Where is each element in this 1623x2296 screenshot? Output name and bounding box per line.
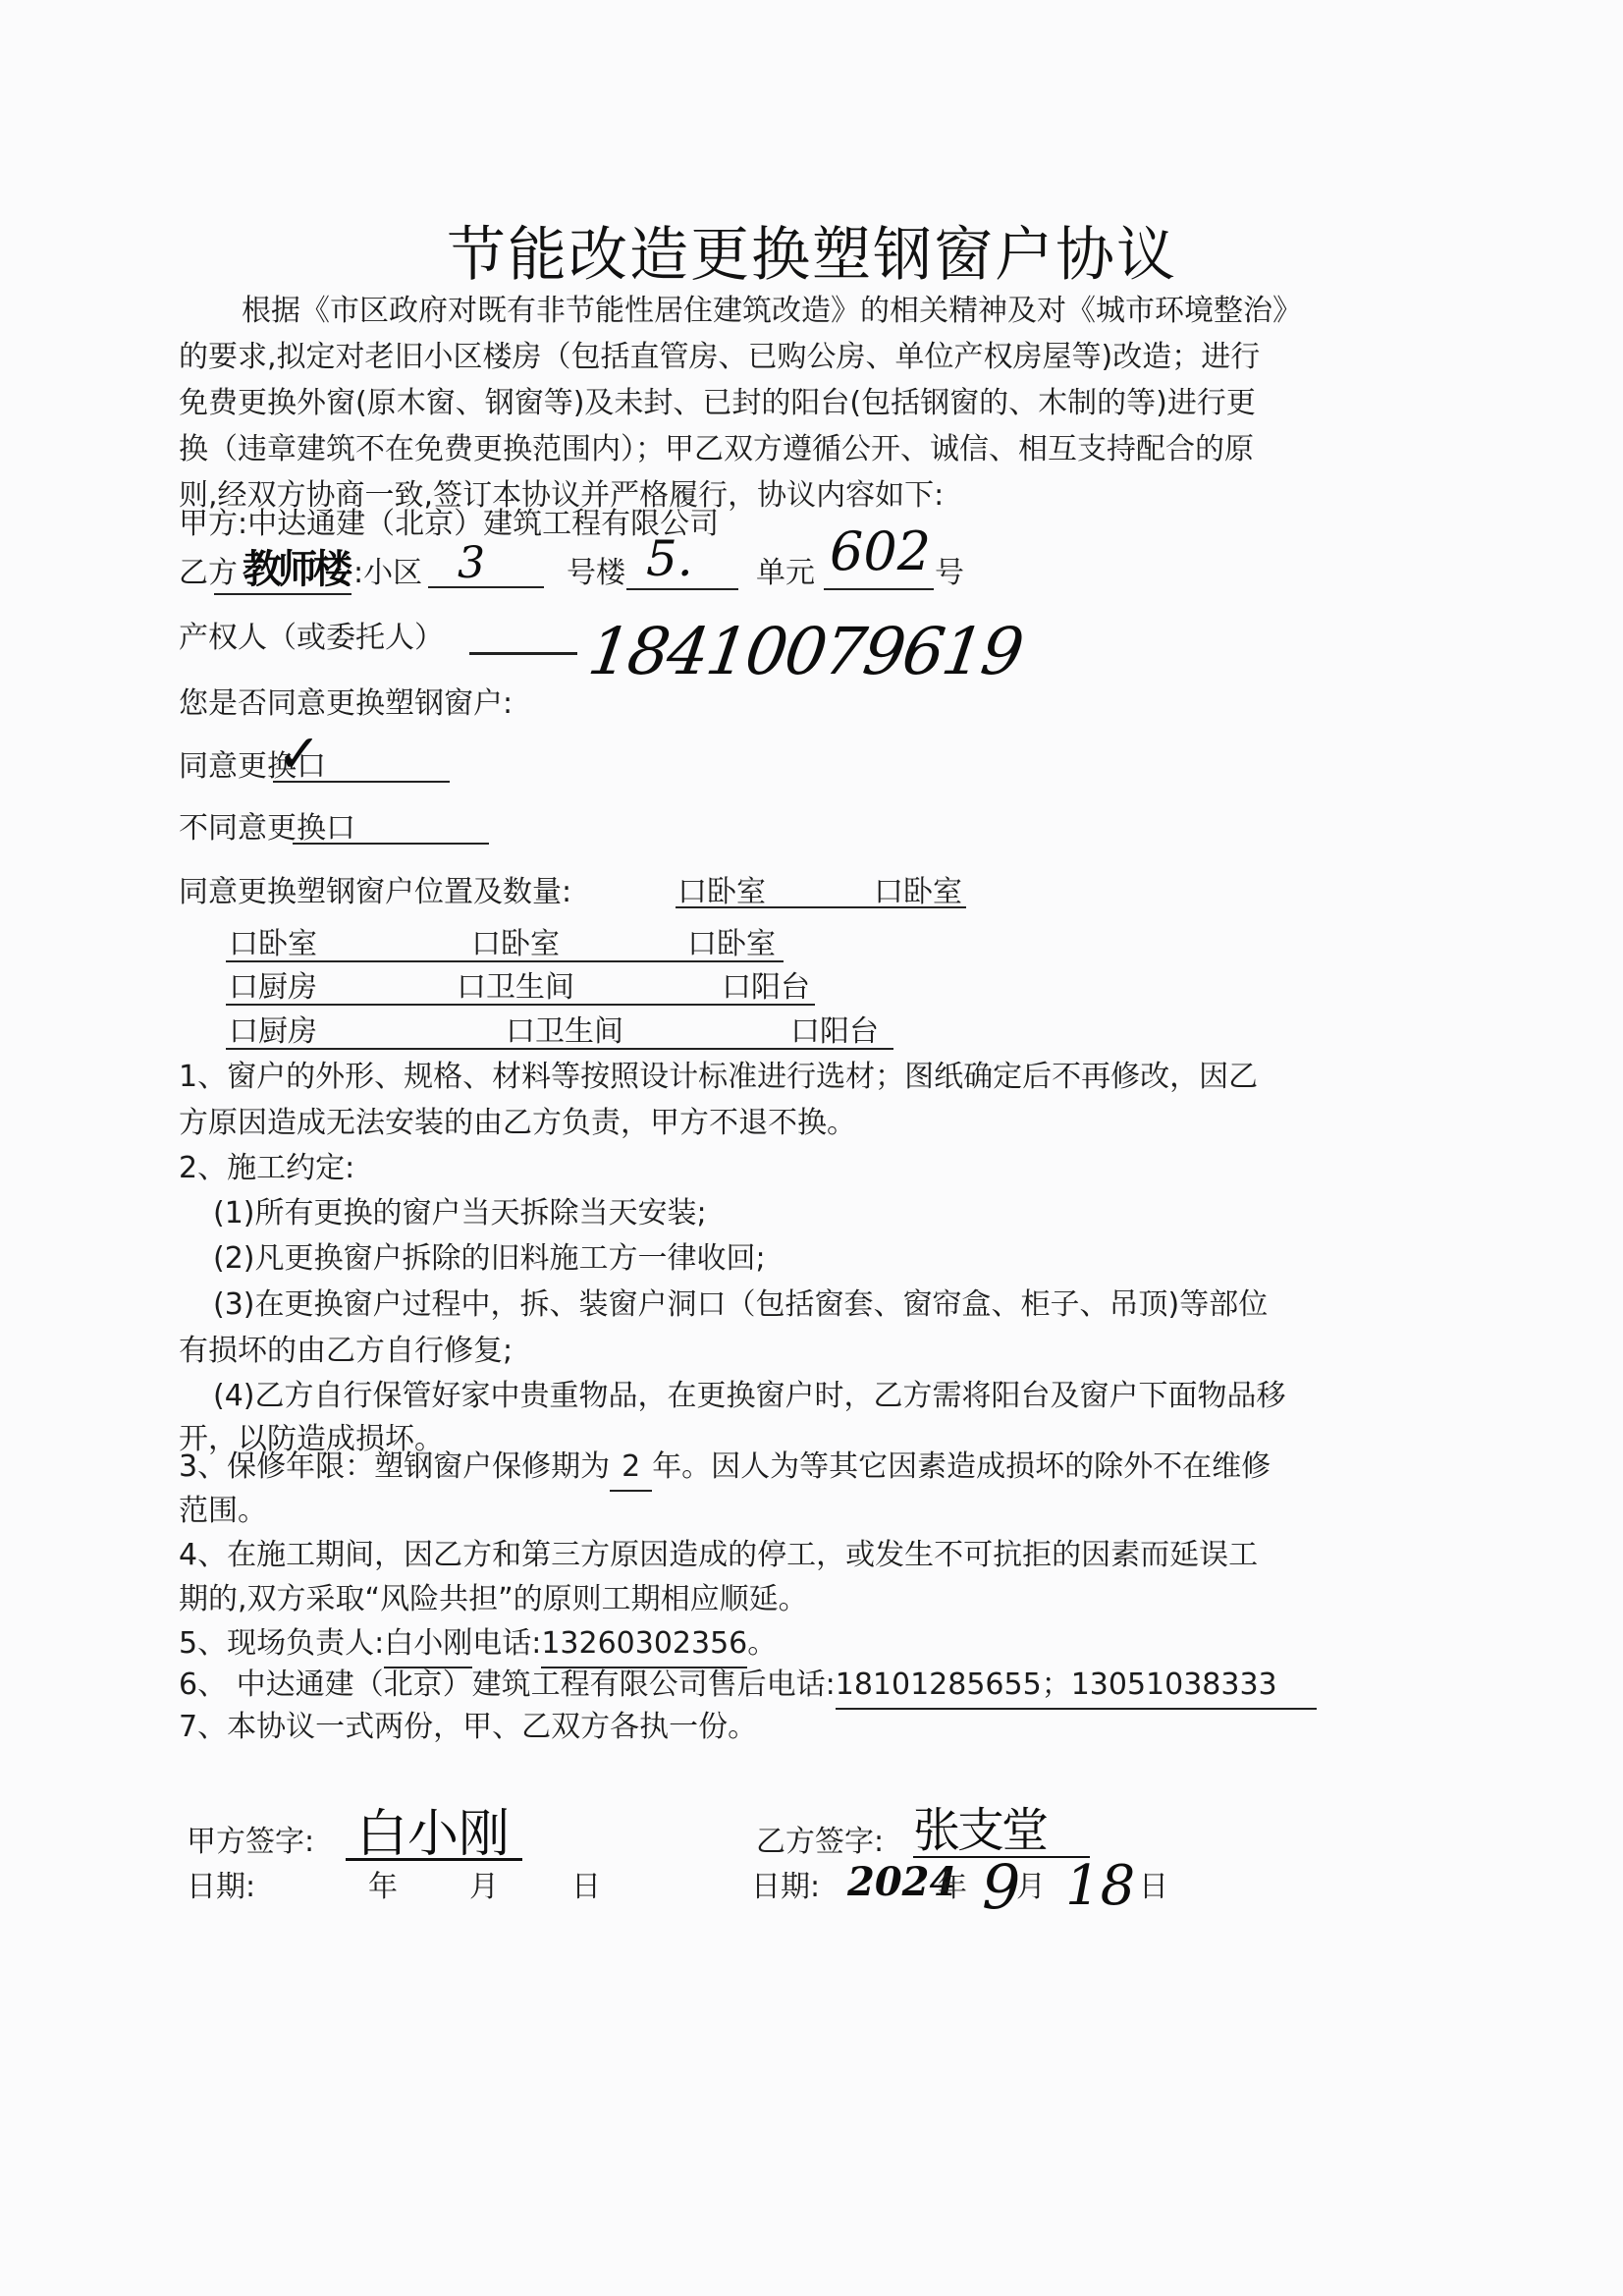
clause-5-end: 。 [747,1626,777,1661]
clause-2-2: (2)凡更换窗户拆除的旧料施工方一律收回; [213,1235,766,1282]
locations-label: 同意更换塑钢窗户位置及数量: [179,869,571,915]
clause-3-line-2: 范围。 [179,1488,267,1534]
locations-row1-underline [226,960,784,962]
after-sales-phones: 18101285655；13051038333 [836,1662,1317,1710]
building-no-value: 3 [458,538,485,588]
party-a-date-label: 日期: [187,1864,255,1910]
party-a-year-label: 年 [368,1864,398,1910]
party-b-year-label: 年 [938,1864,967,1910]
party-b-month-label: 月 [1016,1864,1046,1910]
party-a-day-label: 日 [571,1864,601,1910]
clause-1-line-1: 1、窗户的外形、规格、材料等按照设计标准进行选材；图纸确定后不再修改，因乙 [179,1054,1258,1100]
room-label: 号 [935,550,964,596]
party-b-day-value: 18 [1065,1854,1135,1918]
disagree-label: 不同意更换口 [179,811,355,846]
clause-7: 7、本协议一式两份，甲、乙双方各执一份。 [179,1704,757,1750]
community-underline [214,593,352,595]
clause-3-prefix: 3、保修年限：塑钢窗户保修期为 [179,1449,610,1484]
clause-2-1: (1)所有更换的窗户当天拆除当天安装; [213,1190,707,1236]
locations-row2-underline [226,1004,815,1006]
clause-6-prefix: 6、 中达通建（北京）建筑工程有限公司售后电话: [179,1667,836,1702]
locations-row0-underline [676,906,966,908]
party-a-sign-label: 甲方签字: [187,1819,314,1865]
disagree-underline [293,843,489,845]
building-label: 号楼 [567,550,625,596]
intro-line-4: 换（违章建筑不在免费更换范围内）；甲乙双方遵循公开、诚信、相互支持配合的原 [179,426,1254,472]
replace-question: 您是否同意更换塑钢窗户: [179,681,513,727]
clause-5-phone-label: 电话: [472,1626,541,1661]
room-no-value: 602 [830,520,931,582]
clause-4-line-2: 期的,双方采取“风险共担”的原则工期相应顺延。 [179,1576,808,1622]
party-b-date-label: 日期: [751,1864,820,1910]
party-a-sign-line [346,1858,522,1861]
unit-no-underline [626,588,738,590]
warranty-years: 2 [610,1444,652,1492]
owner-label: 产权人（或委托人） [179,615,444,661]
clause-3-suffix: 年。因人为等其它因素造成损坏的除外不在维修 [652,1449,1271,1484]
party-b-signature: 张支堂 [913,1792,1046,1860]
party-b-day-label: 日 [1139,1864,1168,1910]
clause-2-3-line-2: 有损坏的由乙方自行修复; [179,1328,513,1374]
party-b-sign-label: 乙方签字: [756,1819,884,1865]
clause-2-4-line-1: (4)乙方自行保管好家中贵重物品，在更换窗户时，乙方需将阳台及窗户下面物品移 [213,1373,1286,1419]
owner-phone-handwritten: 18410079619 [584,614,1027,689]
unit-label: 单元 [756,550,815,596]
party-a-month-label: 月 [469,1864,499,1910]
clause-2-3-line-1: (3)在更换窗户过程中，拆、装窗户洞口（包括窗套、窗帘盒、柜子、吊顶)等部位 [213,1282,1268,1328]
party-b-label: 乙方 [179,550,238,596]
party-a-label: 甲方: [179,507,247,541]
clause-6: 6、 中达通建（北京）建筑工程有限公司售后电话:18101285655；1305… [179,1662,1317,1710]
document-title: 节能改造更换塑钢窗户协议 [447,208,1177,293]
clause-3-line-1: 3、保修年限：塑钢窗户保修期为2年。因人为等其它因素造成损坏的除外不在维修 [179,1444,1271,1492]
clause-5-prefix: 5、现场负责人: [179,1626,384,1661]
party-a-signature: 白小刚 [356,1792,510,1866]
clause-1-line-2: 方原因造成无法安装的由乙方负责，甲方不退不换。 [179,1100,856,1146]
owner-underline [469,652,577,655]
clause-2-heading: 2、施工约定: [179,1145,354,1191]
community-suffix: :小区 [353,550,422,596]
building-no-underline [428,586,544,588]
party-b-month-value: 9 [982,1851,1020,1923]
clause-4-line-1: 4、在施工期间，因乙方和第三方原因造成的停工，或发生不可抗拒的因素而延误工 [179,1532,1258,1578]
intro-line-2: 的要求,拟定对老旧小区楼房（包括直管房、已购公房、单位产权房屋等)改造；进行 [179,334,1260,380]
intro-line-3: 免费更换外窗(原木窗、钢窗等)及未封、已封的阳台(包括钢窗的、木制的等)进行更 [179,380,1256,426]
agree-underline [273,781,450,783]
unit-no-value: 5. [646,530,693,587]
intro-line-1: 根据《市区政府对既有非节能性居住建筑改造》的相关精神及对《城市环境整治》 [242,288,1302,334]
room-no-underline [824,588,934,590]
agree-checkmark-icon: ✓ [277,723,321,785]
handwritten-community: 教师楼 [243,538,349,594]
locations-row3-underline [226,1048,893,1050]
